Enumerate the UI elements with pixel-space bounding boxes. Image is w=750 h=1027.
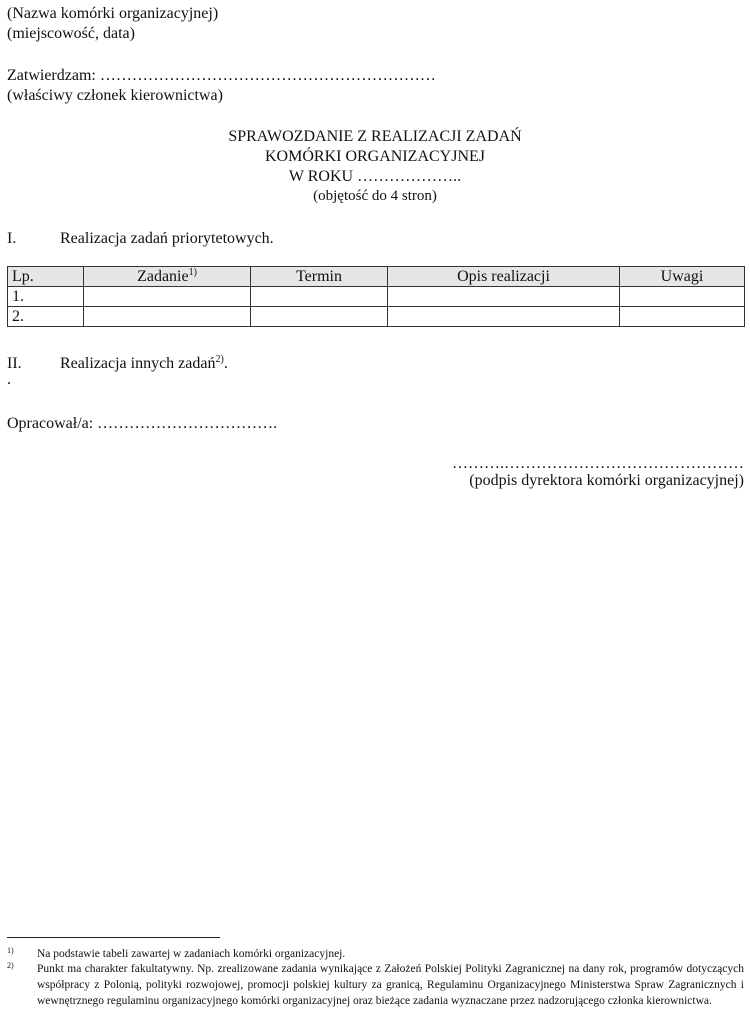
prepared-by-line: Opracował/a: ……………………………. [7, 414, 277, 433]
section-1-number: I. [7, 229, 16, 248]
cell-termin[interactable] [251, 307, 388, 327]
cell-termin[interactable] [251, 287, 388, 307]
approver-role: (właściwy członek kierownictwa) [7, 86, 223, 105]
footnote-1: 1) Na podstawie tabeli zawartej w zadani… [7, 946, 744, 962]
cell-zadanie[interactable] [84, 307, 251, 327]
place-date-placeholder: (miejscowość, data) [7, 24, 135, 43]
approval-line: Zatwierdzam: ……………………………………………………… [7, 66, 436, 85]
report-length-note: (objętość do 4 stron) [0, 187, 750, 206]
column-header-termin: Termin [251, 267, 388, 287]
footnote-2: 2) Punkt ma charakter fakultatywny. Np. … [7, 961, 744, 1009]
footnote-2-text: Punkt ma charakter fakultatywny. Np. zre… [37, 961, 744, 1009]
column-header-zadanie: Zadanie1) [84, 267, 251, 287]
cell-zadanie[interactable] [84, 287, 251, 307]
cell-uwagi[interactable] [620, 287, 745, 307]
report-title-line-2: KOMÓRKI ORGANIZACYJNEJ [0, 147, 750, 166]
footnote-1-mark: 1) [7, 943, 14, 959]
footnote-ref-1: 1) [189, 267, 197, 278]
section-2-heading: Realizacja innych zadań2). [60, 354, 228, 373]
section-2-dot: . [7, 370, 11, 389]
signature-caption: (podpis dyrektora komórki organizacyjnej… [469, 471, 744, 490]
cell-opis-realizacji[interactable] [388, 307, 620, 327]
table-row: 2. [8, 307, 745, 327]
footnote-separator [7, 937, 220, 938]
cell-lp: 2. [8, 307, 84, 327]
footnote-ref-2: 2) [215, 354, 223, 365]
priority-tasks-table: Lp. Zadanie1) Termin Opis realizacji Uwa… [7, 266, 745, 327]
report-title-year: W ROKU ……………….. [0, 167, 750, 186]
table-header-row: Lp. Zadanie1) Termin Opis realizacji Uwa… [8, 267, 745, 287]
report-title-line-1: SPRAWOZDANIE Z REALIZACJI ZADAŃ [0, 127, 750, 146]
table-row: 1. [8, 287, 745, 307]
footnote-1-text: Na podstawie tabeli zawartej w zadaniach… [37, 946, 744, 962]
column-header-uwagi: Uwagi [620, 267, 745, 287]
cell-uwagi[interactable] [620, 307, 745, 327]
cell-lp: 1. [8, 287, 84, 307]
footnote-2-mark: 2) [7, 958, 14, 974]
unit-name-placeholder: (Nazwa komórki organizacyjnej) [7, 4, 218, 23]
column-header-lp: Lp. [8, 267, 84, 287]
column-header-opis-realizacji: Opis realizacji [388, 267, 620, 287]
section-1-heading: Realizacja zadań priorytetowych. [60, 229, 274, 248]
cell-opis-realizacji[interactable] [388, 287, 620, 307]
